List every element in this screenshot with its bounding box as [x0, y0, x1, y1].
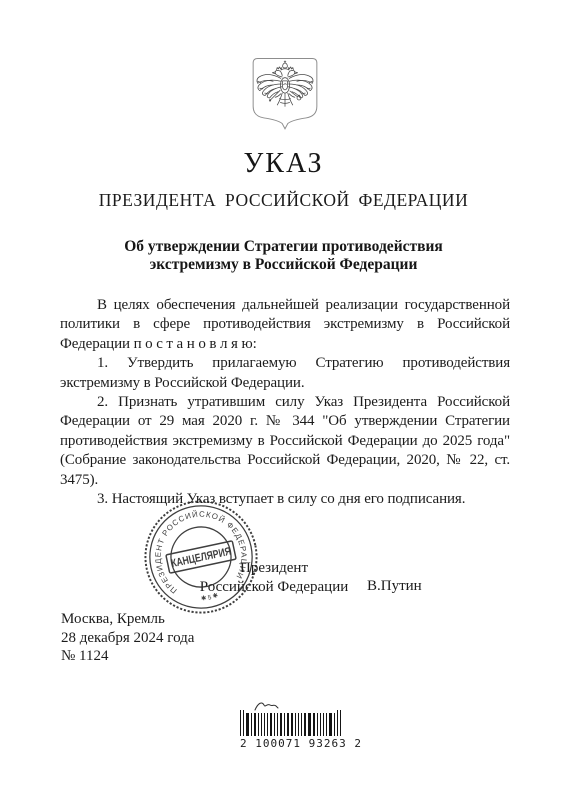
barcode-digits: 2 100071 93263 2 — [240, 737, 350, 750]
svg-text:ПРЕЗИДЕНТ РОССИЙСКОЙ ФЕДЕРАЦИИ: ПРЕЗИДЕНТ РОССИЙСКОЙ ФЕДЕРАЦИИ — [145, 501, 254, 598]
decree-subject: Об утверждении Стратегии противодействия… — [94, 238, 474, 273]
issuing-authority: ПРЕЗИДЕНТА РОССИЙСКОЙ ФЕДЕРАЦИИ — [0, 190, 567, 211]
ink-mark-icon — [254, 700, 284, 714]
decree-body: В целях обеспечения дальнейшей реализаци… — [60, 296, 510, 509]
paragraph-preamble: В целях обеспечения дальнейшей реализаци… — [60, 296, 510, 354]
decree-footer: Москва, Кремль 28 декабря 2024 года № 11… — [61, 610, 194, 666]
round-stamp-icon: ПРЕЗИДЕНТ РОССИЙСКОЙ ФЕДЕРАЦИИ ✱ 5 ✱ КАН… — [142, 498, 260, 616]
chancellery-stamp: ПРЕЗИДЕНТ РОССИЙСКОЙ ФЕДЕРАЦИИ ✱ 5 ✱ КАН… — [142, 498, 260, 616]
paragraph-item-2: 2. Признать утратившим силу Указ Президе… — [60, 393, 510, 490]
footer-date: 28 декабря 2024 года — [61, 629, 194, 648]
signature-name: В.Путин — [367, 578, 422, 595]
paragraph-item-1: 1. Утвердить прилагаемую Стратегию проти… — [60, 354, 510, 393]
double-headed-eagle-icon — [250, 56, 320, 134]
stamp-ring-text: ПРЕЗИДЕНТ РОССИЙСКОЙ ФЕДЕРАЦИИ — [145, 501, 254, 598]
decree-document-page: УКАЗ ПРЕЗИДЕНТА РОССИЙСКОЙ ФЕДЕРАЦИИ Об … — [0, 0, 567, 800]
paragraph-item-3: 3. Настоящий Указ вступает в силу со дня… — [60, 490, 510, 509]
stamp-bottom-text: ✱ 5 ✱ — [200, 592, 220, 603]
footer-place: Москва, Кремль — [61, 610, 194, 629]
document-title: УКАЗ — [0, 148, 567, 180]
svg-text:✱ 5 ✱: ✱ 5 ✱ — [200, 592, 220, 603]
footer-number: № 1124 — [61, 647, 194, 666]
registration-barcode: 2 100071 93263 2 — [240, 710, 350, 750]
russian-coat-of-arms — [250, 56, 320, 136]
